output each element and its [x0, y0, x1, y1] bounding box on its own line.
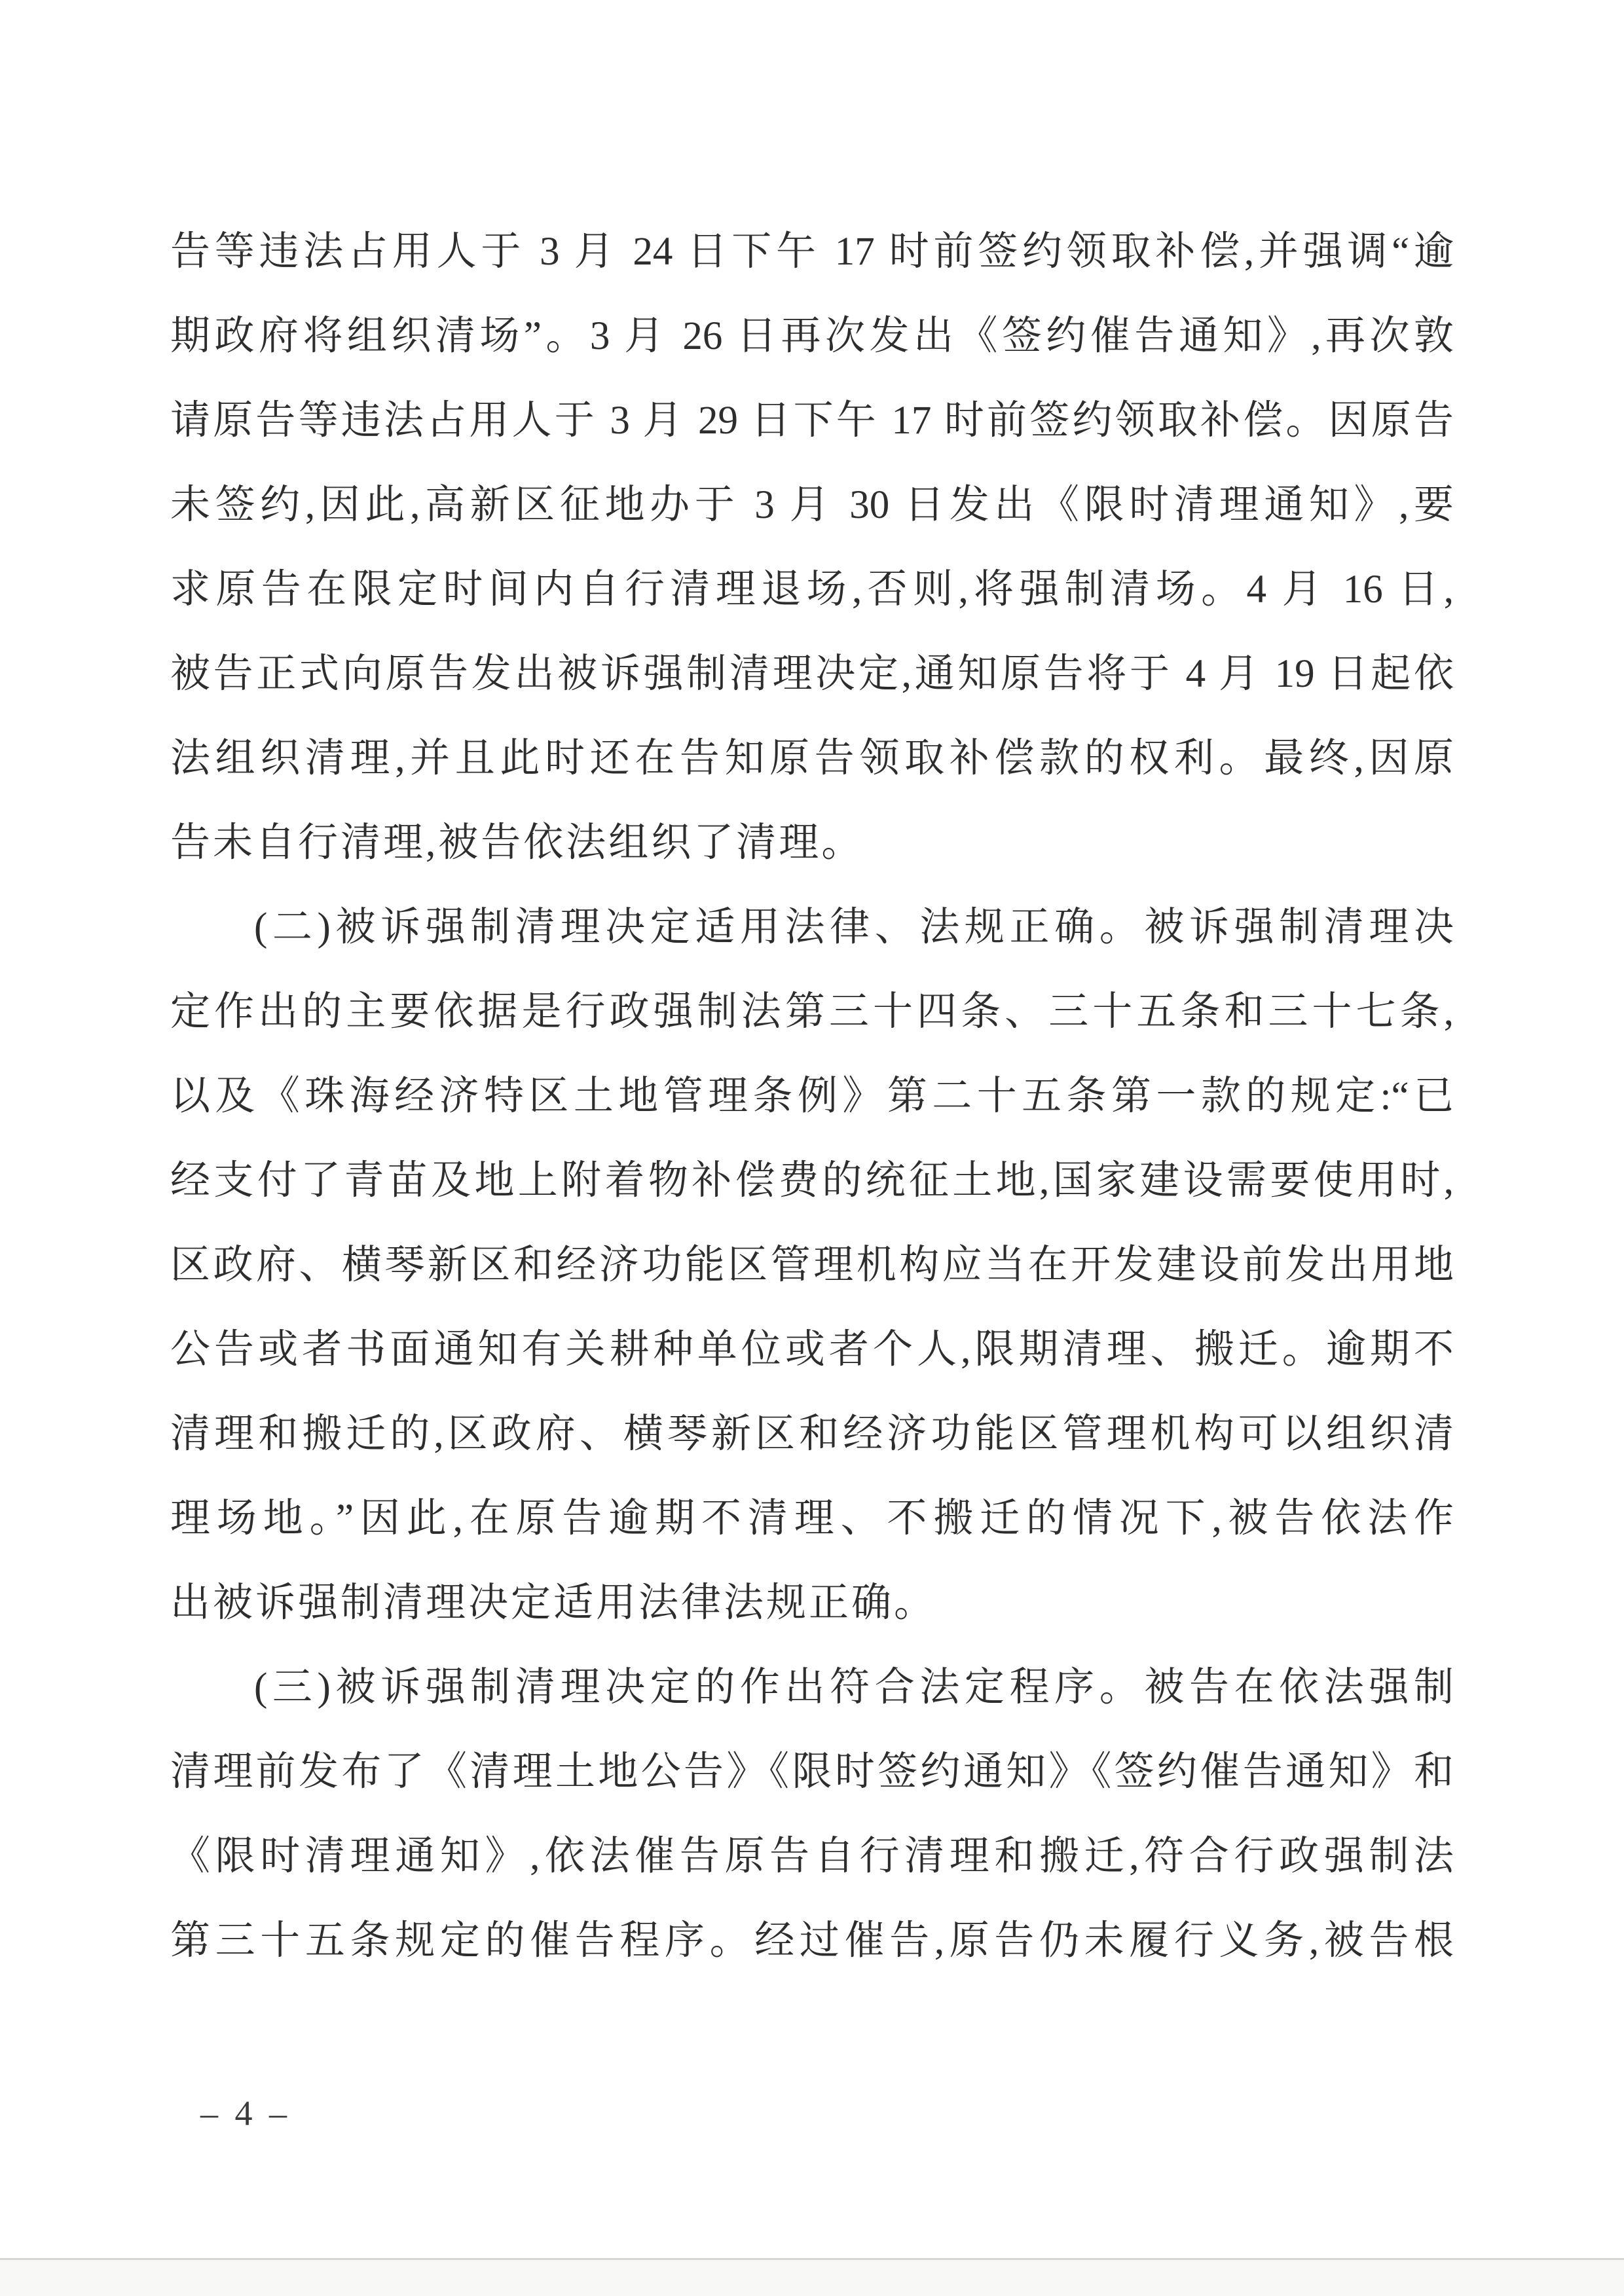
text-line: 求原告在限定时间内自行清理退场,否则,将强制清场。4 月 16 日,: [170, 547, 1454, 632]
text-line: 清理和搬迁的,区政府、横琴新区和经济功能区管理机构可以组织清: [170, 1392, 1454, 1476]
text-line: (二)被诉强制清理决定适用法律、法规正确。被诉强制清理决: [170, 885, 1454, 970]
text-line: 《限时清理通知》,依法催告原告自行清理和搬迁,符合行政强制法: [170, 1814, 1454, 1899]
text-line: 清理前发布了《清理土地公告》《限时签约通知》《签约催告通知》和: [170, 1730, 1454, 1814]
page-number: – 4 –: [200, 2094, 291, 2133]
text-line: 请原告等违法占用人于 3 月 29 日下午 17 时前签约领取补偿。因原告: [170, 378, 1454, 463]
text-line: 理场地。”因此,在原告逾期不清理、不搬迁的情况下,被告依法作: [170, 1476, 1454, 1561]
scan-artifact-line: [0, 2258, 1624, 2260]
text-line: 出被诉强制清理决定适用法律法规正确。: [170, 1561, 1454, 1645]
document-page: 告等违法占用人于 3 月 24 日下午 17 时前签约领取补偿,并强调“逾期政府…: [0, 0, 1624, 2296]
text-line: 告等违法占用人于 3 月 24 日下午 17 时前签约领取补偿,并强调“逾: [170, 210, 1454, 294]
text-block: 告等违法占用人于 3 月 24 日下午 17 时前签约领取补偿,并强调“逾期政府…: [170, 210, 1454, 1983]
text-line: 未签约,因此,高新区征地办于 3 月 30 日发出《限时清理通知》,要: [170, 463, 1454, 547]
text-line: 区政府、横琴新区和经济功能区管理机构应当在开发建设前发出用地: [170, 1223, 1454, 1307]
text-line: 告未自行清理,被告依法组织了清理。: [170, 801, 1454, 885]
scan-footer-tint: [0, 2260, 1624, 2296]
text-line: 法组织清理,并且此时还在告知原告领取补偿款的权利。最终,因原: [170, 716, 1454, 801]
text-line: 定作出的主要依据是行政强制法第三十四条、三十五条和三十七条,: [170, 970, 1454, 1054]
text-line: 公告或者书面通知有关耕种单位或者个人,限期清理、搬迁。逾期不: [170, 1307, 1454, 1392]
text-line: (三)被诉强制清理决定的作出符合法定程序。被告在依法强制: [170, 1645, 1454, 1730]
text-line: 第三十五条规定的催告程序。经过催告,原告仍未履行义务,被告根: [170, 1899, 1454, 1983]
text-line: 被告正式向原告发出被诉强制清理决定,通知原告将于 4 月 19 日起依: [170, 632, 1454, 716]
text-line: 期政府将组织清场”。3 月 26 日再次发出《签约催告通知》,再次敦: [170, 294, 1454, 378]
text-line: 经支付了青苗及地上附着物补偿费的统征土地,国家建设需要使用时,: [170, 1139, 1454, 1223]
text-line: 以及《珠海经济特区土地管理条例》第二十五条第一款的规定:“已: [170, 1054, 1454, 1139]
